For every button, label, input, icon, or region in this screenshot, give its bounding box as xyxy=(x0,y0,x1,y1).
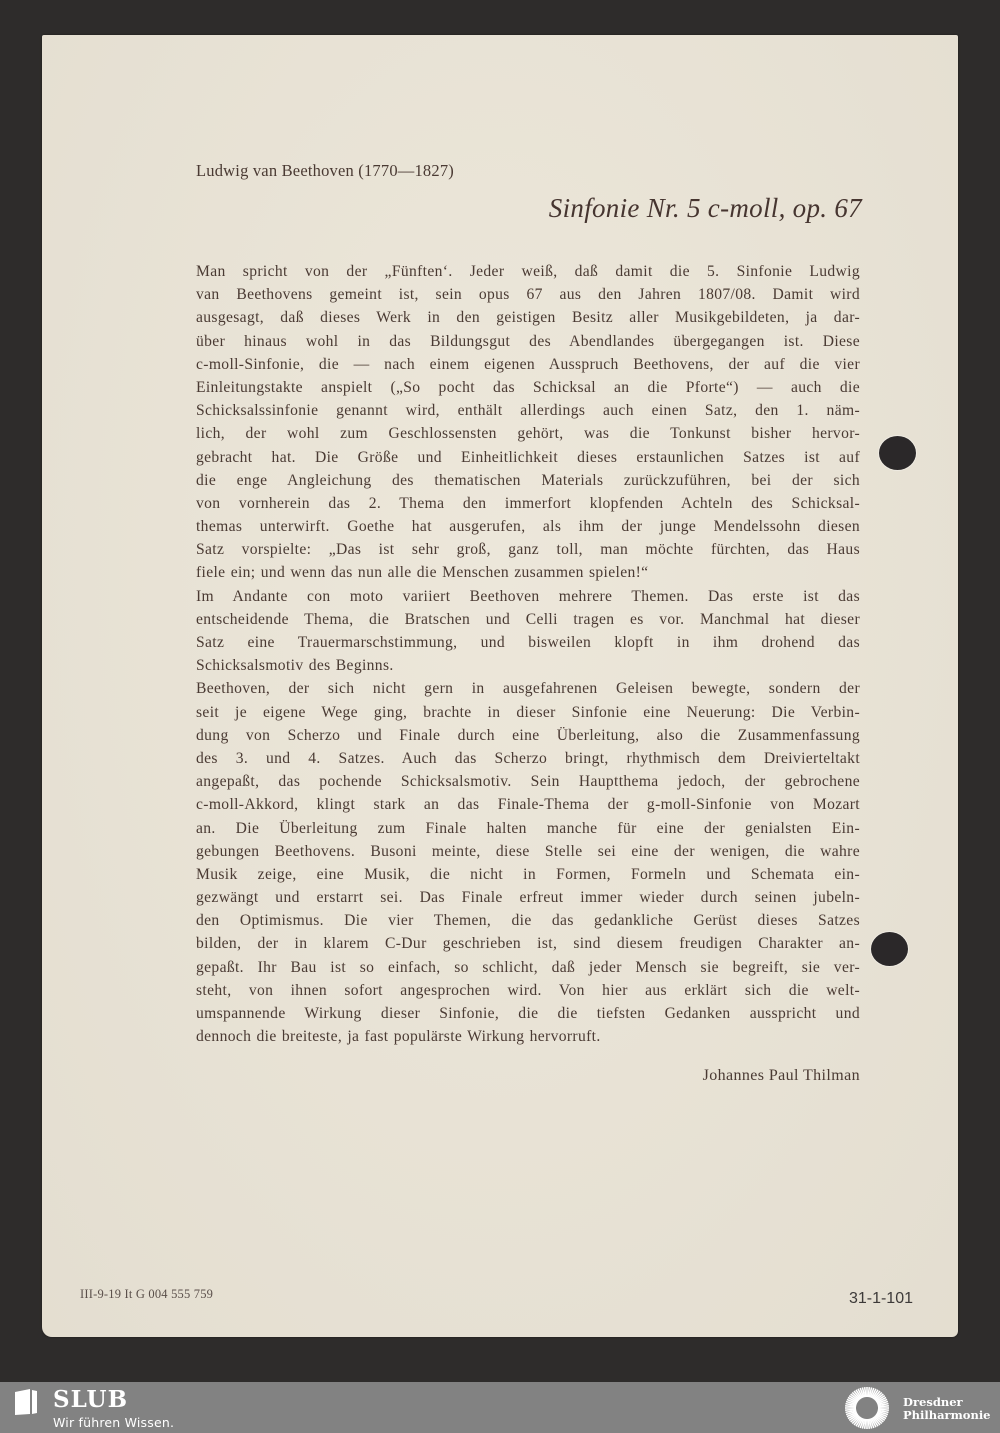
text-line: lich, der wohl zum Geschlossensten gehör… xyxy=(196,422,860,445)
text-line: Im Andante con moto variiert Beethoven m… xyxy=(196,585,860,608)
text-line: gepaßt. Ihr Bau ist so einfach, so schli… xyxy=(196,956,860,979)
logo-line-2: Philharmonie xyxy=(903,1409,991,1422)
print-code: III-9-19 It G 004 555 759 xyxy=(80,1287,213,1302)
text-line: über hinaus wohl in das Bildungsgut des … xyxy=(196,330,860,353)
text-line: Satz vorspielte: „Das ist sehr groß, gan… xyxy=(196,538,860,561)
text-line: bilden, der in klarem C-Dur geschrieben … xyxy=(196,932,860,955)
text-line: gebungen Beethovens. Busoni meinte, dies… xyxy=(196,840,860,863)
text-line: c-moll-Akkord, klingt stark an das Final… xyxy=(196,793,860,816)
footer-bar: SLUB Wir führen Wissen. Dresdner Philhar… xyxy=(0,1382,1000,1433)
text-line: den Optimismus. Die vier Themen, die das… xyxy=(196,909,860,932)
text-line: themas unterwirft. Goethe hat ausgerufen… xyxy=(196,515,860,538)
text-line: Beethoven, der sich nicht gern in ausgef… xyxy=(196,677,860,700)
text-line: Satz eine Trauermarschstimmung, und bisw… xyxy=(196,631,860,654)
philharmonie-logo-name: Dresdner Philharmonie xyxy=(903,1396,991,1421)
text-line: fiele ein; und wenn das nun alle die Men… xyxy=(196,561,860,584)
text-line: Musik zeige, eine Musik, die nicht in Fo… xyxy=(196,863,860,886)
text-line: ausgesagt, daß dieses Werk in den geisti… xyxy=(196,306,860,329)
text-line: des 3. und 4. Satzes. Auch das Scherzo b… xyxy=(196,747,860,770)
text-line: dennoch die breiteste, ja fast populärst… xyxy=(196,1025,860,1048)
text-line: c-moll-Sinfonie, die — nach einem eigene… xyxy=(196,353,860,376)
text-line: Man spricht von der „Fünften‘. Jeder wei… xyxy=(196,260,860,283)
punch-hole xyxy=(871,932,908,966)
composer-line: Ludwig van Beethoven (1770—1827) xyxy=(196,161,454,181)
author-signature: Johannes Paul Thilman xyxy=(703,1067,860,1085)
text-line: die enge Angleichung des thematischen Ma… xyxy=(196,469,860,492)
text-line: angepaßt, das pochende Schicksalsmotiv. … xyxy=(196,770,860,793)
slub-logo-name: SLUB xyxy=(53,1386,128,1413)
text-line: von vornherein das 2. Thema den immerfor… xyxy=(196,492,860,515)
text-line: Einleitungstakte anspielt („So pocht das… xyxy=(196,376,860,399)
text-line: Schicksalssinfonie genannt wird, enthält… xyxy=(196,399,860,422)
body-text: Man spricht von der „Fünften‘. Jeder wei… xyxy=(196,260,860,1048)
page-title: Sinfonie Nr. 5 c-moll, op. 67 xyxy=(549,193,862,224)
text-line: gezwängt und erstarrt sei. Das Finale er… xyxy=(196,886,860,909)
archive-number: 31-1-101 xyxy=(849,1290,913,1308)
sunburst-ring-icon xyxy=(842,1384,892,1432)
text-line: dung von Scherzo und Finale durch eine Ü… xyxy=(196,724,860,747)
text-line: seit je eigene Wege ging, brachte in die… xyxy=(196,701,860,724)
text-line: steht, von ihnen sofort angesprochen wir… xyxy=(196,979,860,1002)
logo-line-1: Dresdner xyxy=(903,1396,991,1409)
text-line: gebracht hat. Die Größe und Einheitlichk… xyxy=(196,446,860,469)
text-line: van Beethovens gemeint ist, sein opus 67… xyxy=(196,283,860,306)
slub-tagline: Wir führen Wissen. xyxy=(53,1415,174,1430)
text-line: Schicksalsmotiv des Beginns. xyxy=(196,654,860,677)
text-line: entscheidende Thema, die Bratschen und C… xyxy=(196,608,860,631)
text-line: an. Die Überleitung zum Finale halten ma… xyxy=(196,817,860,840)
punch-hole xyxy=(879,436,916,470)
book-icon xyxy=(13,1388,41,1416)
text-line: umspannende Wirkung dieser Sinfonie, die… xyxy=(196,1002,860,1025)
